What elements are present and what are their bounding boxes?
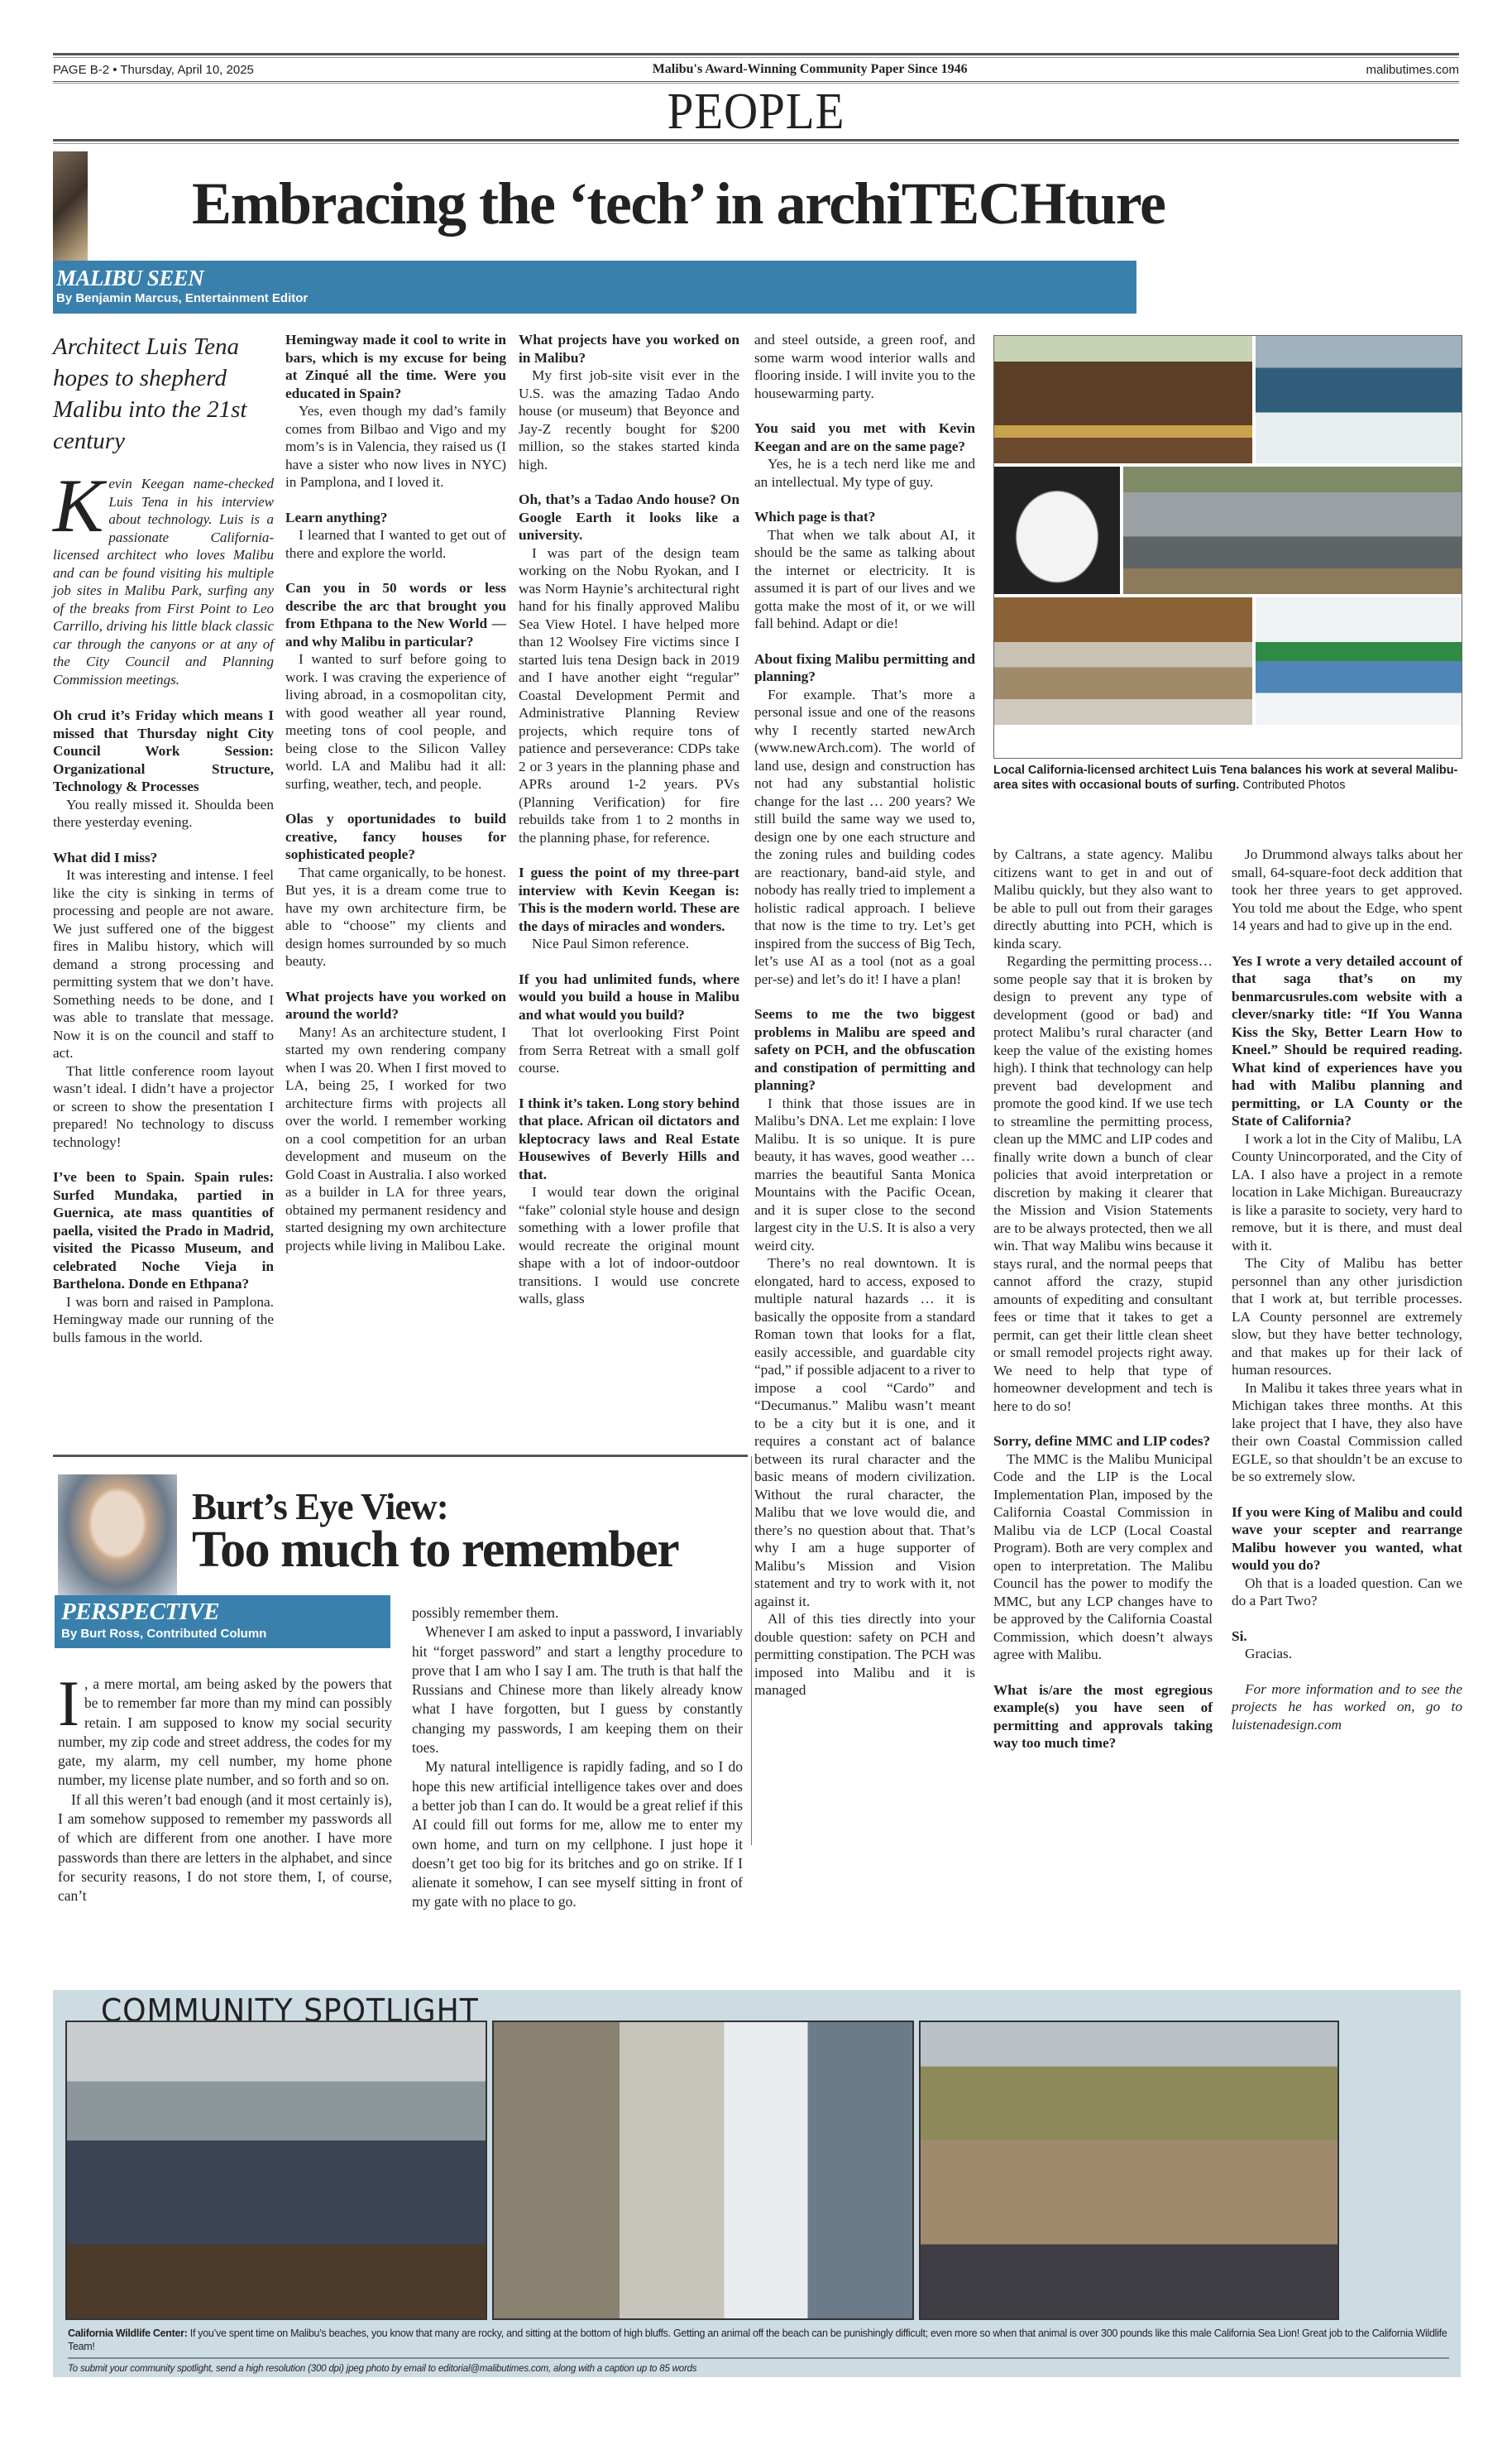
folio-page-date: PAGE B-2 • Thursday, April 10, 2025 [53,63,254,77]
deck: Architect Luis Tena hopes to shepherd Ma… [53,331,274,457]
author-photo-luis-tena [53,151,88,267]
feature-headline: Embracing the ‘tech’ in archiTECHture [192,170,1165,238]
qa-block: Oh crud it’s Friday which means I missed… [53,707,274,1346]
dropcap: I [58,1676,84,1731]
spotlight-photo-carrier-crate [492,2021,914,2320]
folio-bar: PAGE B-2 • Thursday, April 10, 2025 Mali… [53,60,1459,79]
question: Which page is that? [754,508,975,526]
question: Oh crud it’s Friday which means I missed… [53,707,274,796]
question: If you had unlimited funds, where would … [519,971,739,1024]
photo-framing-interior [994,597,1252,725]
perspective-band: PERSPECTIVE By Burt Ross, Contributed Co… [55,1595,390,1648]
column-name: PERSPECTIVE [55,1595,390,1625]
answer: I would tear down the original “fake” co… [519,1183,739,1308]
answer: Oh that is a loaded question. Can we do … [1232,1575,1462,1610]
question: I’ve been to Spain. Spain rules: Surfed … [53,1168,274,1293]
lede: Kevin Keegan name-checked Luis Tena in h… [53,475,274,688]
spotlight-photo-rocky-shore [919,2021,1339,2320]
question: Sorry, define MMC and LIP codes? [993,1432,1213,1450]
continued-text: and steel outside, a green roof, and som… [754,331,975,402]
byline: By Benjamin Marcus, Entertainment Editor [53,290,1136,307]
answer: Jo Drummond always talks about her small… [1232,846,1462,935]
spotlight-caption: California Wildlife Center: If you’ve sp… [68,2327,1449,2353]
question: What did I miss? [53,849,274,867]
closing-note: For more information and to see the proj… [1232,1680,1462,1734]
answer: I was part of the design team working on… [519,544,739,847]
feature-column-5: by Caltrans, a state agency. Malibu citi… [993,846,1213,1752]
photo-construction-site [1123,467,1462,594]
question: What is/are the most egregious example(s… [993,1681,1213,1752]
continued-text: by Caltrans, a state agency. Malibu citi… [993,846,1213,952]
photo-collage [993,335,1462,759]
question: Hemingway made it cool to write in bars,… [285,331,506,402]
answer: That lot overlooking First Point from Se… [519,1023,739,1077]
answer: Yes, he is a tech nerd like me and an in… [754,455,975,491]
photo-caption: Local California-licensed architect Luis… [993,763,1462,793]
column-vertical-rule [751,1456,752,1845]
column-byline: By Burt Ross, Contributed Column [55,1625,390,1643]
dropcap: K [53,475,108,536]
column-name: MALIBU SEEN [53,261,1136,290]
answer: I think that those issues are in Malibu’… [754,1095,975,1255]
question: Oh, that’s a Tadao Ando house? On Google… [519,491,739,544]
answer: The City of Malibu has better personnel … [1232,1254,1462,1379]
section-rule [53,139,1459,144]
answer: Nice Paul Simon reference. [519,935,739,953]
answer: I learned that I wanted to get out of th… [285,526,506,562]
question: Learn anything? [285,509,506,527]
column-headline: Too much to remember [192,1521,678,1580]
question: You said you met with Kevin Keegan and a… [754,419,975,455]
spotlight-rule [68,2357,1449,2359]
answer: You really missed it. Shoulda been there… [53,796,274,832]
question: Olas y oportunidades to build creative, … [285,810,506,864]
feature-column-1: Architect Luis Tena hopes to shepherd Ma… [53,331,274,1346]
feature-column-6: Jo Drummond always talks about her small… [1232,846,1462,1733]
question: What projects have you worked on in Mali… [519,331,739,367]
feature-column-2: Hemingway made it cool to write in bars,… [285,331,506,1254]
answer: That came organically, to be honest. But… [285,864,506,971]
column-text-left: I, a mere mortal, am being asked by the … [58,1675,392,1906]
photo-living-room [994,336,1252,463]
answer: I work a lot in the City of Malibu, LA C… [1232,1130,1462,1255]
folio-website[interactable]: malibutimes.com [1366,63,1459,77]
photo-surfing-green-wave [1256,597,1462,725]
answer: That little conference room layout wasn’… [53,1062,274,1152]
question: If you were King of Malibu and could wav… [1232,1503,1462,1575]
section-title: PEOPLE [60,83,1452,141]
photo-architectural-model [994,467,1120,594]
top-rule [53,53,1459,58]
answer: I wanted to surf before going to work. I… [285,650,506,793]
photo-surfing-wave [1256,336,1462,463]
columnist-photo-burt-ross [58,1474,177,1597]
question: Yes I wrote a very detailed account of t… [1232,952,1462,1130]
answer: There’s no real downtown. It is elongate… [754,1254,975,1610]
answer: The MMC is the Malibu Municipal Code and… [993,1450,1213,1664]
malibu-seen-band: MALIBU SEEN By Benjamin Marcus, Entertai… [53,261,1136,314]
folio-tagline: Malibu's Award-Winning Community Paper S… [653,62,968,77]
answer: Yes, even though my dad’s family comes f… [285,402,506,491]
question: I guess the point of my three-part inter… [519,864,739,935]
answer: Many! As an architecture student, I star… [285,1023,506,1255]
answer: It was interesting and intense. I feel l… [53,866,274,1062]
answer: All of this ties directly into your doub… [754,1610,975,1699]
question: About fixing Malibu permitting and plann… [754,650,975,686]
answer: My first job-site visit ever in the U.S.… [519,367,739,473]
question: What projects have you worked on around … [285,988,506,1023]
feature-column-4: and steel outside, a green roof, and som… [754,331,975,1699]
answer: In Malibu it takes three years what in M… [1232,1379,1462,1486]
question: Si. [1232,1627,1462,1646]
feature-column-3: What projects have you worked on in Mali… [519,331,739,1308]
column-divider [53,1455,748,1458]
answer: That when we talk about AI, it should be… [754,526,975,633]
spotlight-submission-note: To submit your community spotlight, send… [68,2364,696,2374]
answer: I was born and raised in Pamplona. Hemin… [53,1293,274,1347]
spotlight-photo-beach-rescue [65,2021,487,2320]
question: Can you in 50 words or less describe the… [285,579,506,650]
answer: For example. That’s more a personal issu… [754,686,975,989]
question: I think it’s taken. Long story behind th… [519,1095,739,1184]
answer: Gracias. [1232,1645,1462,1663]
column-text-right: possibly remember them. Whenever I am as… [412,1604,743,1912]
answer: Regarding the permitting process… some p… [993,952,1213,1415]
question: Seems to me the two biggest problems in … [754,1005,975,1095]
